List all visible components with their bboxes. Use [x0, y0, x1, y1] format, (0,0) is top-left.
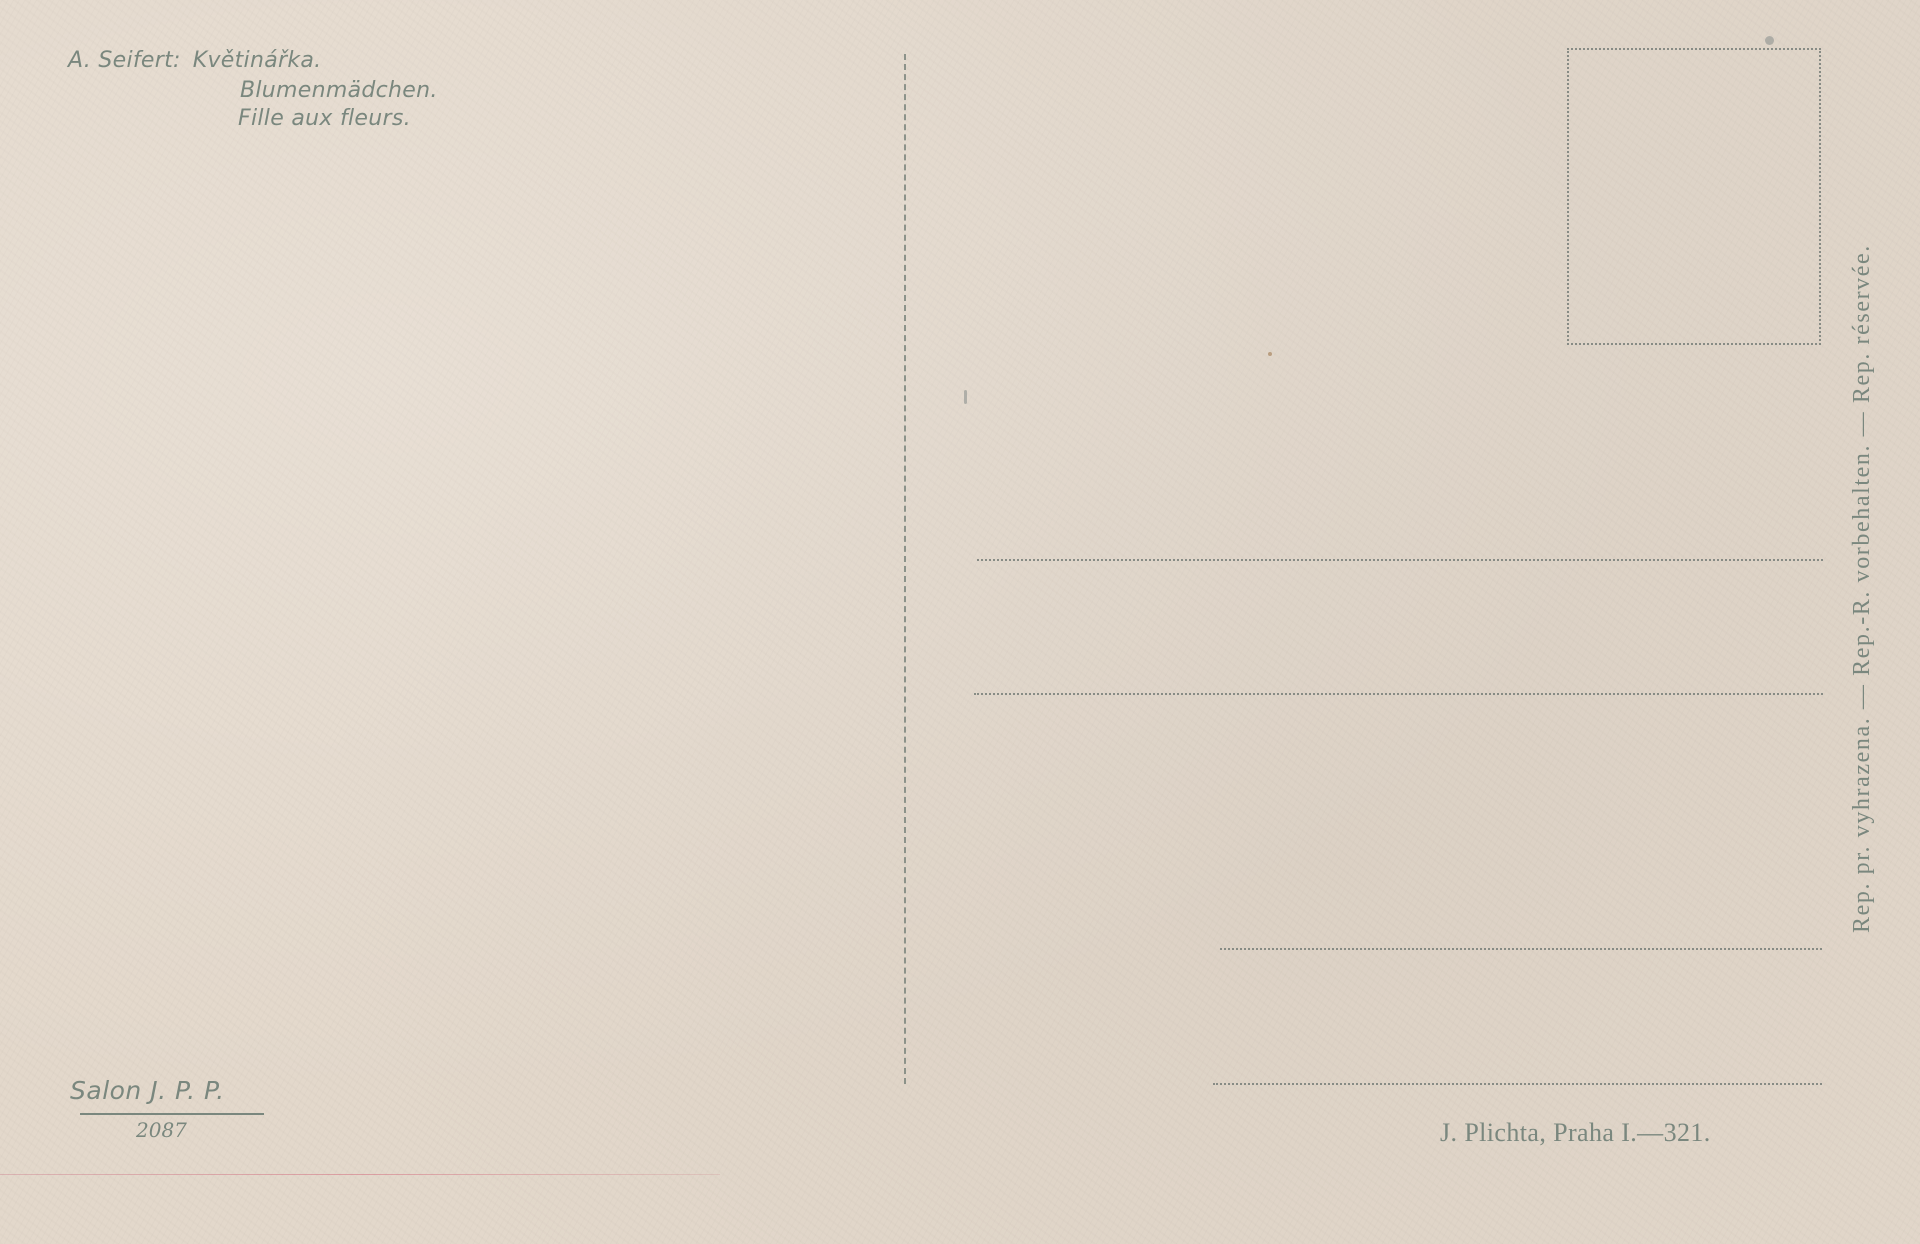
address-line-1 [977, 559, 1823, 561]
series-number: 2087 [136, 1118, 187, 1142]
ink-speck [964, 390, 967, 404]
rights-notice: Rep. pr. vyhrazena. — Rep.-R. vorbehalte… [1849, 150, 1876, 1028]
ink-speck [1268, 352, 1272, 356]
series-underline [80, 1113, 264, 1115]
address-line-2 [974, 693, 1823, 695]
title-german: Blumenmädchen. [240, 78, 438, 103]
title-french: Fille aux fleurs. [238, 106, 411, 131]
pink-edge-line [0, 1174, 720, 1175]
artist-name: A. Seifert: [68, 48, 181, 73]
caption-line-czech: A. Seifert:Květinářka. [68, 48, 321, 73]
title-czech: Květinářka. [193, 48, 322, 73]
address-line-4 [1213, 1083, 1822, 1085]
ink-speck [1765, 36, 1774, 45]
address-line-3 [1220, 948, 1822, 950]
publisher-imprint: J. Plichta, Praha I.—321. [1440, 1118, 1711, 1148]
message-address-divider [904, 54, 906, 1084]
series-label: Salon J. P. P. [70, 1076, 225, 1105]
stamp-box [1567, 48, 1821, 345]
